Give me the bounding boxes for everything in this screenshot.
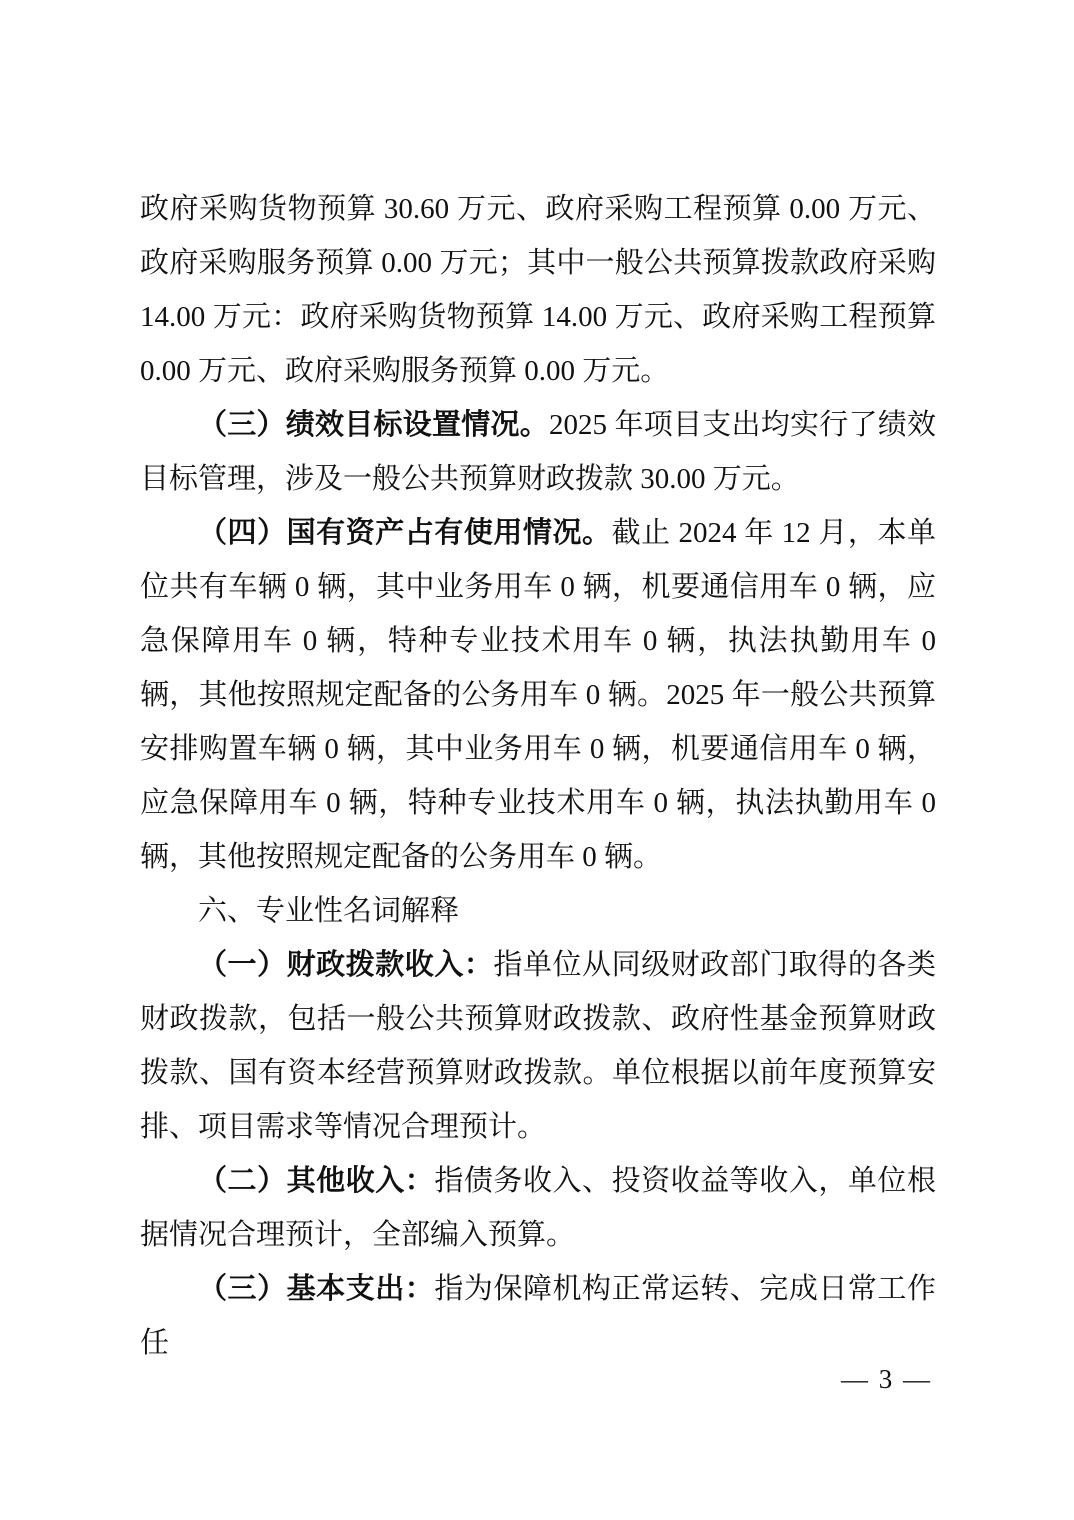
paragraph-lead: （三）基本支出： [198, 1273, 434, 1305]
paragraph-lead: （四）国有资产占有使用情况。 [198, 517, 612, 549]
page-number: — 3 — [841, 1363, 932, 1395]
paragraph: 政府采购货物预算 30.60 万元、政府采购工程预算 0.00 万元、政府采购服… [140, 182, 936, 398]
paragraph: （一）财政拨款收入：指单位从同级财政部门取得的各类财政拨款，包括一般公共预算财政… [140, 938, 936, 1154]
paragraph-lead: （二）其他收入： [198, 1165, 434, 1197]
document-page: 政府采购货物预算 30.60 万元、政府采购工程预算 0.00 万元、政府采购服… [0, 0, 1074, 1520]
paragraph: （四）国有资产占有使用情况。截止 2024 年 12 月，本单位共有车辆 0 辆… [140, 506, 936, 884]
paragraph: （二）其他收入：指债务收入、投资收益等收入，单位根据情况合理预计，全部编入预算。 [140, 1154, 936, 1262]
paragraph-lead: （一）财政拨款收入： [198, 949, 493, 981]
paragraph-lead: （三）绩效目标设置情况。 [198, 409, 549, 441]
document-body: 政府采购货物预算 30.60 万元、政府采购工程预算 0.00 万元、政府采购服… [140, 182, 936, 1370]
section-heading: 六、专业性名词解释 [140, 884, 936, 938]
paragraph: （三）基本支出：指为保障机构正常运转、完成日常工作任 [140, 1262, 936, 1370]
paragraph: （三）绩效目标设置情况。2025 年项目支出均实行了绩效目标管理，涉及一般公共预… [140, 398, 936, 506]
